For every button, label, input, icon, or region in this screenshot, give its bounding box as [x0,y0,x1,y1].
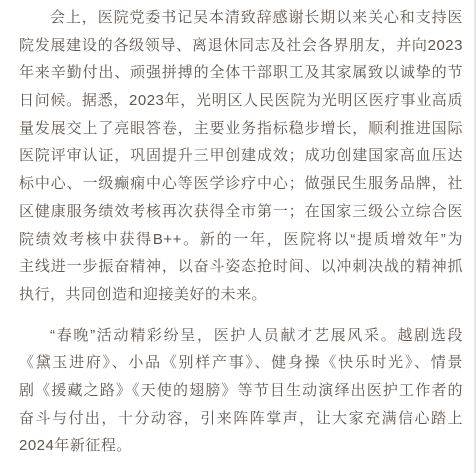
text-line: 执行，共同创造和迎接美好的未来。 [19,281,463,309]
text-line: 日问候。据悉，2023年，光明区人民医院为光明区医疗事业高质 [19,87,463,115]
text-line: 剧《援藏之路》《天使的翅膀》等节目生动演绎出医护工作者的 [19,377,463,405]
text-line: 量发展交上了亮眼答卷，主要业务指标稳步增长，顺利推进国际 [19,115,463,143]
paragraph: 会上，医院党委书记吴本清致辞感谢长期以来关心和支持医院发展建设的各级领导、离退休… [19,4,463,309]
text-line: 主线进一步振奋精神，以奋斗姿态抢时间、以冲刺决战的精神抓 [19,253,463,281]
document-page: 会上，医院党委书记吴本清致辞感谢长期以来关心和支持医院发展建设的各级领导、离退休… [0,0,476,473]
text-line: 会上，医院党委书记吴本清致辞感谢长期以来关心和支持医 [19,4,463,32]
text-line: 医院评审认证，巩固提升三甲创建成效；成功创建国家高血压达 [19,142,463,170]
text-line: 年来辛勤付出、顽强拼搏的全体干部职工及其家属致以诚挚的节 [19,59,463,87]
text-line: 区健康服务绩效考核再次获得全市第一；在国家三级公立综合医 [19,198,463,226]
text-line: 院发展建设的各级领导、离退休同志及社会各界朋友，并向2023 [19,32,463,60]
text-line: 2024年新征程。 [19,432,463,460]
text-line: “春晚”活动精彩纷呈，医护人员献才艺展风采。越剧选段 [19,322,463,350]
text-line: 院绩效考核中获得B++。新的一年，医院将以“提质增效年”为 [19,226,463,254]
text-line: 奋斗与付出，十分动容，引来阵阵掌声，让大家充满信心踏上 [19,405,463,433]
text-line: 《黛玉进府》、小品《别样产事》、健身操《快乐时光》、情景 [19,349,463,377]
article-body: 会上，医院党委书记吴本清致辞感谢长期以来关心和支持医院发展建设的各级领导、离退休… [19,4,463,460]
text-line: 标中心、一级癫痫中心等医学诊疗中心；做强民生服务品牌，社 [19,170,463,198]
paragraph: “春晚”活动精彩纷呈，医护人员献才艺展风采。越剧选段《黛玉进府》、小品《别样产事… [19,322,463,460]
